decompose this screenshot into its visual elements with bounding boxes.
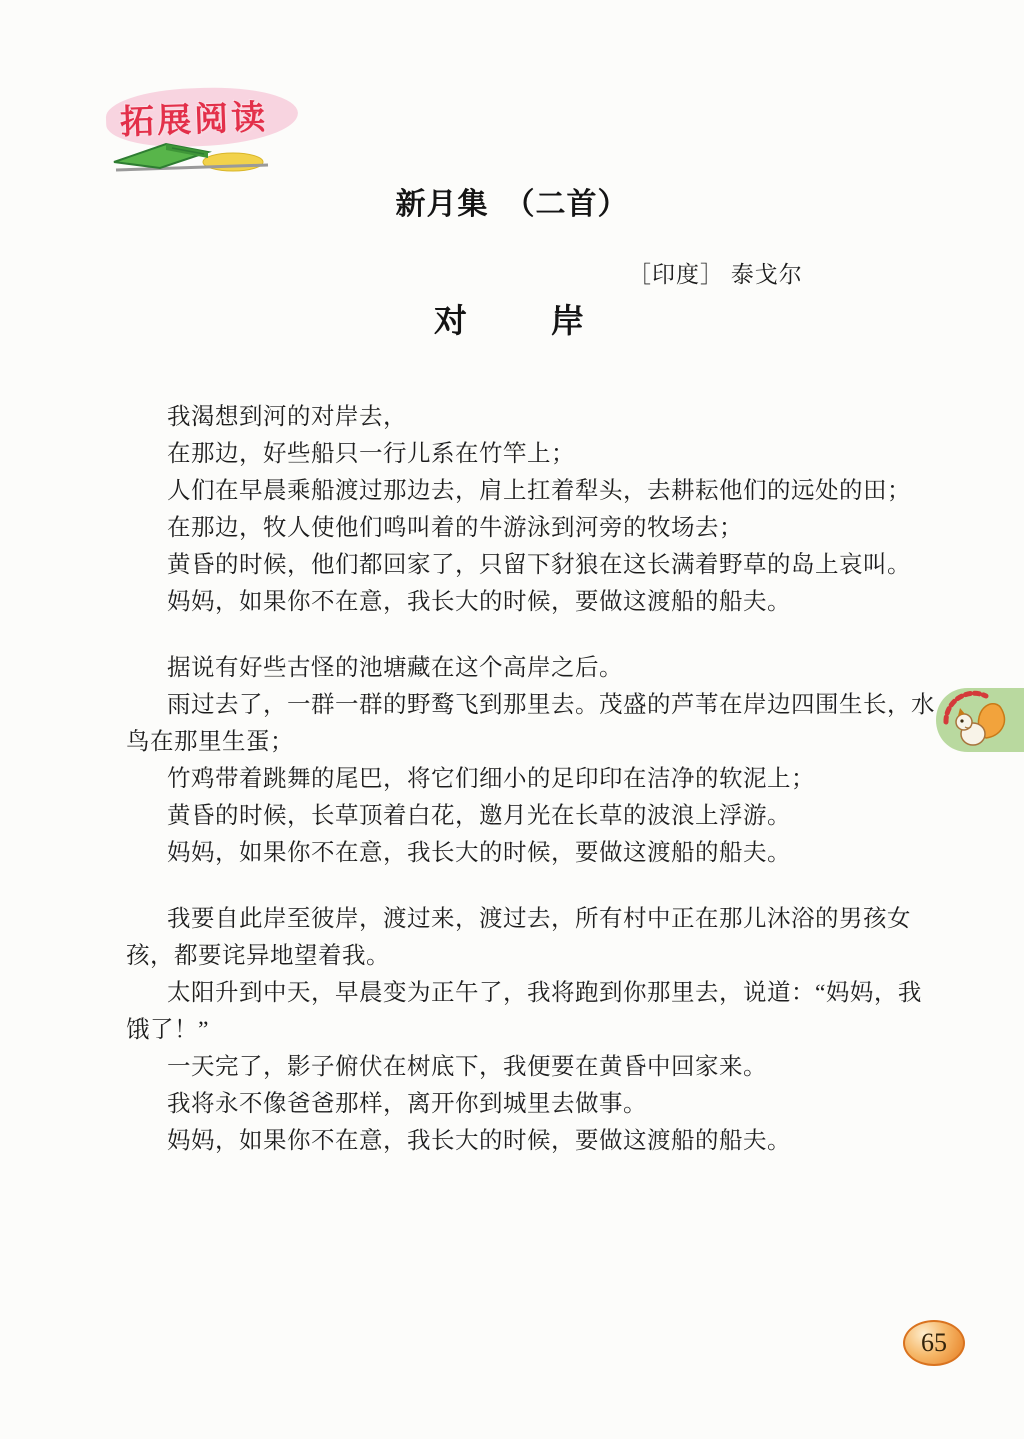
- poem-line: 妈妈，如果你不在意，我长大的时候，要做这渡船的船夫。: [126, 835, 926, 872]
- poem-line: 我将永不像爸爸那样，离开你到城里去做事。: [126, 1086, 926, 1123]
- poem-line: 一天完了，影子俯伏在树底下，我便要在黄昏中回家来。: [126, 1049, 926, 1086]
- stanza-2: 据说有好些古怪的池塘藏在这个高岸之后。 雨过去了，一群一群的野鹜飞到那里去。茂盛…: [126, 650, 926, 872]
- poem-line: 黄昏的时候，长草顶着白花，邀月光在长草的波浪上浮游。: [126, 798, 926, 835]
- author-line: ［印度］ 泰戈尔: [628, 256, 803, 289]
- squirrel-icon: [934, 686, 1024, 754]
- poem-line: 妈妈，如果你不在意，我长大的时候，要做这渡船的船夫。: [126, 1123, 926, 1160]
- poem-line: 我要自此岸至彼岸，渡过来，渡过去，所有村中正在那儿沐浴的男孩女: [126, 901, 926, 938]
- poem-line: 黄昏的时候，他们都回家了，只留下豺狼在这长满着野草的岛上哀叫。: [126, 547, 926, 584]
- poem-line: 据说有好些古怪的池塘藏在这个高岸之后。: [126, 650, 926, 687]
- page-number-badge: 65: [903, 1320, 965, 1366]
- poem-line: 竹鸡带着跳舞的尾巴，将它们细小的足印印在洁净的软泥上；: [126, 761, 926, 798]
- poem-line: 孩，都要诧异地望着我。: [126, 938, 926, 975]
- extended-reading-badge: 拓展阅读: [104, 86, 314, 178]
- page-number: 65: [921, 1328, 947, 1358]
- poem-line: 太阳升到中天，早晨变为正午了，我将跑到你那里去，说道：“妈妈，我: [126, 975, 926, 1012]
- stanza-3: 我要自此岸至彼岸，渡过来，渡过去，所有村中正在那儿沐浴的男孩女 孩，都要诧异地望…: [126, 901, 926, 1160]
- poem-line: 妈妈，如果你不在意，我长大的时候，要做这渡船的船夫。: [126, 584, 926, 621]
- poem-line: 在那边，好些船只一行儿系在竹竿上；: [126, 436, 926, 473]
- poem-line: 饿了！”: [126, 1012, 926, 1049]
- textbook-page: 拓展阅读 新月集 （二首） ［印度］ 泰戈尔 对 岸 我渴想到河的对岸去， 在那…: [0, 0, 1024, 1439]
- book-illustration-icon: [108, 134, 278, 174]
- poem-body: 我渴想到河的对岸去， 在那边，好些船只一行儿系在竹竿上； 人们在早晨乘船渡过那边…: [126, 399, 926, 1160]
- poem-line: 雨过去了，一群一群的野鹜飞到那里去。茂盛的芦苇在岸边四围生长，水: [126, 687, 926, 724]
- book-title: 新月集 （二首）: [0, 179, 1024, 223]
- poem-line: 在那边，牧人使他们鸣叫着的牛游泳到河旁的牧场去；: [126, 510, 926, 547]
- poem-line: 鸟在那里生蛋；: [126, 724, 926, 761]
- poem-line: 人们在早晨乘船渡过那边去，肩上扛着犁头，去耕耘他们的远处的田；: [126, 473, 926, 510]
- poem-line: 我渴想到河的对岸去，: [126, 399, 926, 436]
- poem-title: 对 岸: [0, 295, 1024, 342]
- side-tab: [934, 686, 1024, 754]
- stanza-1: 我渴想到河的对岸去， 在那边，好些船只一行儿系在竹竿上； 人们在早晨乘船渡过那边…: [126, 399, 926, 621]
